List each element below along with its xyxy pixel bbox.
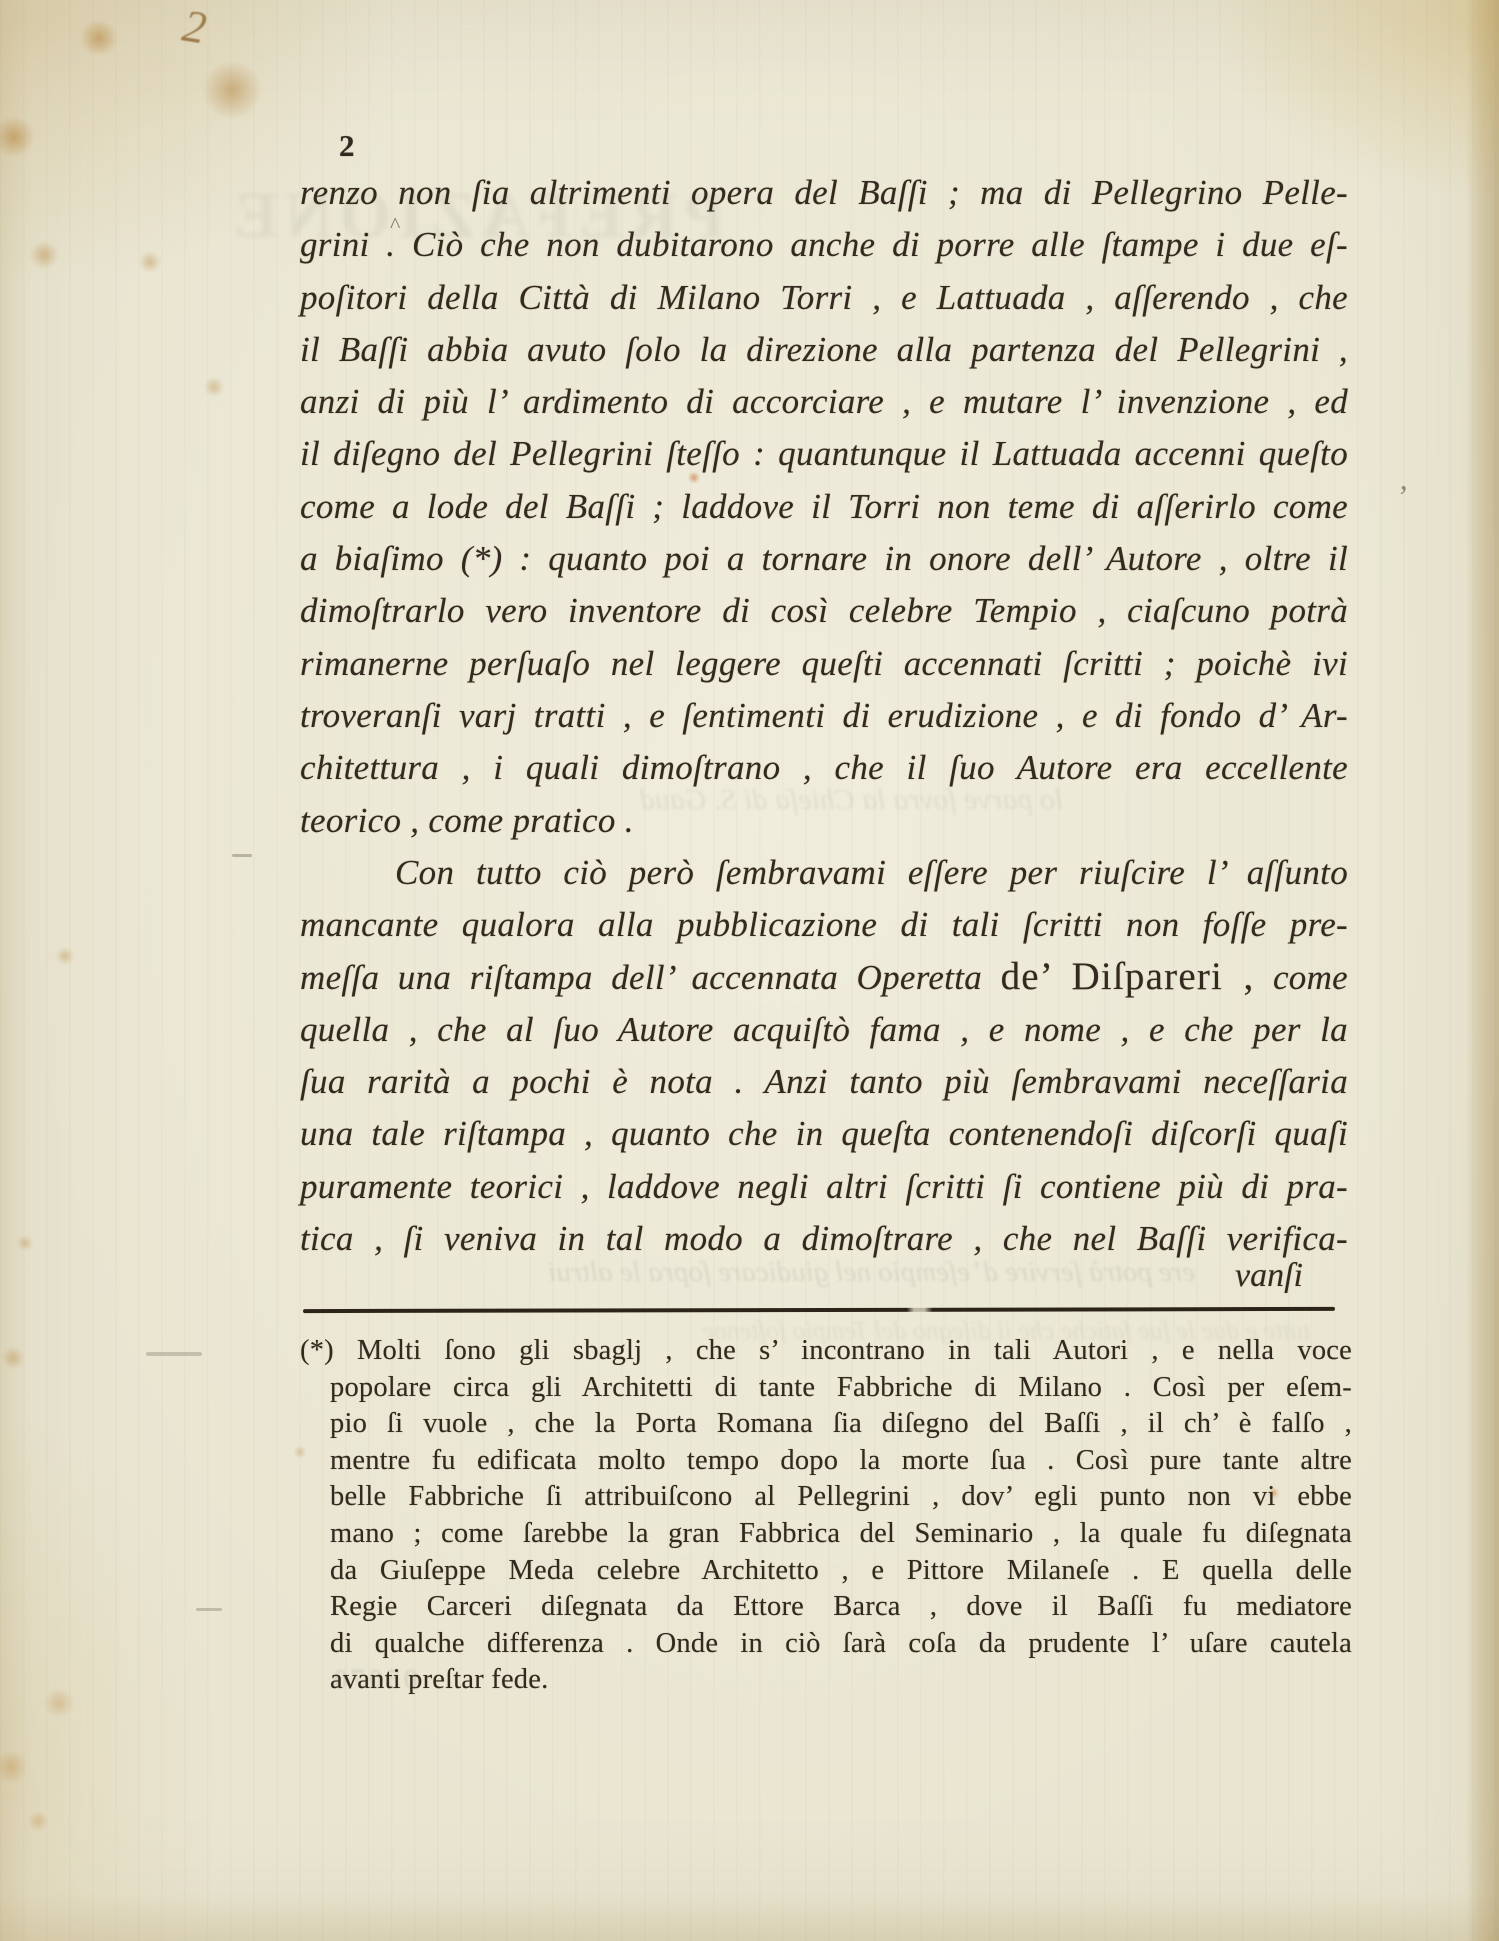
foxing-spot: [26, 1812, 50, 1830]
footnote-rule: [303, 1307, 1335, 1313]
text-line: Con tutto ciò però ſembravami eſſere per…: [300, 847, 1348, 899]
main-text-block: renzo non ſia altrimenti opera del Baſſi…: [300, 167, 1348, 1265]
foxing-spot: [16, 1236, 34, 1250]
text-line: renzo non ſia altrimenti opera del Baſſi…: [300, 167, 1348, 219]
text-line: rimanerne perſuaſo nel leggere queſti ac…: [300, 638, 1348, 690]
text-line: meſſa una riſtampa dell’ accennata Opere…: [300, 951, 1348, 1003]
text-line: teorico , come pratico .: [300, 795, 1348, 847]
text-line: quella , che al ſuo Autore acquiſtò fama…: [300, 1004, 1348, 1056]
text-line: popolare circa gli Architetti di tante F…: [300, 1370, 1352, 1407]
text-line: avanti preſtar fede.: [300, 1662, 1352, 1699]
margin-dash-mark: [146, 1352, 202, 1356]
page-number: 2: [339, 128, 355, 164]
italic-text-segment: meſſa una riſtampa dell’ accennata Opere…: [300, 958, 1001, 997]
catchword: vanſi: [300, 1250, 1303, 1302]
margin-dash-mark: [196, 1608, 222, 1611]
foxing-spot: [0, 1348, 26, 1368]
foxing-spot: [0, 115, 34, 159]
text-line: a biaſimo (*) : quanto poi a tornare in …: [300, 533, 1348, 585]
text-line: troveranſi varj tratti , e ſentimenti di…: [300, 690, 1348, 742]
text-line: mentre fu edificata molto tempo dopo la …: [300, 1443, 1352, 1480]
text-line: chitettura , i quali dimoſtrano , che il…: [300, 742, 1348, 794]
text-line: di qualche differenza . Onde in ciò ſarà…: [300, 1626, 1352, 1663]
text-line: mancante qualora alla pubblicazione di t…: [300, 899, 1348, 951]
text-line: Regie Carceri diſegnata da Ettore Barca …: [300, 1589, 1352, 1626]
text-line: poſitori della Città di Milano Torri , e…: [300, 272, 1348, 324]
scanned-book-page: { "document": { "handwritten_folio_mark"…: [0, 0, 1499, 1941]
foxing-spot: [42, 1690, 76, 1716]
text-line: da Giuſeppe Meda celebre Architetto , e …: [300, 1553, 1352, 1590]
text-line: mano ; come ſarebbe la gran Fabbrica del…: [300, 1516, 1352, 1553]
margin-apostrophe-mark: ’: [1396, 478, 1407, 515]
text-line: il Baſſi abbia avuto ſolo la direzione a…: [300, 324, 1348, 376]
foxing-spot: [78, 22, 120, 54]
text-line: belle Fabbriche ſi attribuiſcono al Pell…: [300, 1479, 1352, 1516]
foxing-spot: [200, 62, 264, 118]
foxing-spot: [55, 948, 75, 964]
text-line: anzi di più l’ ardimento di accorciare ,…: [300, 376, 1348, 428]
foxing-spot: [28, 242, 60, 268]
foxing-spot: [203, 378, 225, 396]
foxing-spot: [0, 1752, 30, 1782]
handwritten-folio-mark: 2: [179, 0, 210, 54]
text-line: pio ſi vuole , che la Porta Romana ſia d…: [300, 1406, 1352, 1443]
text-line: dimoſtrarlo vero inventore di così celeb…: [300, 585, 1348, 637]
text-line: (*) Molti ſono gli sbaglj , che s’ incon…: [300, 1333, 1352, 1370]
text-line: ſua rarità a pochi è nota . Anzi tanto p…: [300, 1056, 1348, 1108]
text-line: una tale riſtampa , quanto che in queſta…: [300, 1108, 1348, 1160]
text-line: puramente teorici , laddove negli altri …: [300, 1161, 1348, 1213]
text-line: grini . Ciò che non dubitarono anche di …: [300, 219, 1348, 271]
foxing-spot: [138, 252, 162, 272]
italic-text-segment: come: [1254, 958, 1348, 997]
margin-dash-mark: [232, 854, 252, 857]
footnote-block: (*) Molti ſono gli sbaglj , che s’ incon…: [300, 1333, 1352, 1699]
roman-emphasis-text: de’ Diſpareri ,: [1001, 955, 1255, 998]
text-line: il diſegno del Pellegrini ſteſſo : quant…: [300, 428, 1348, 480]
text-line: come a lode del Baſſi ; laddove il Torri…: [300, 481, 1348, 533]
